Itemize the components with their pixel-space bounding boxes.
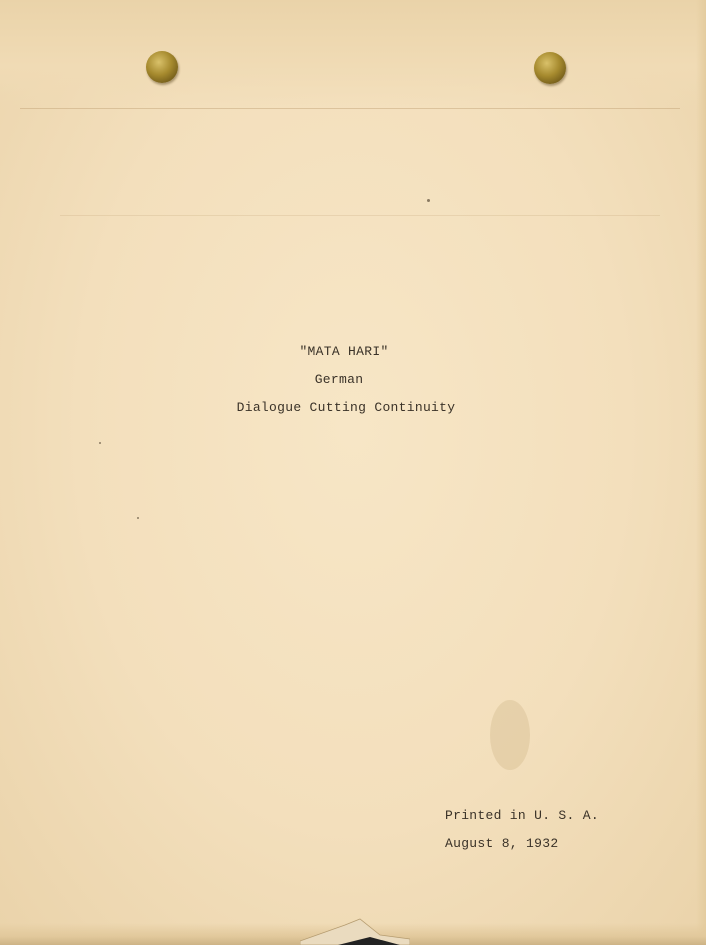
brass-fastener-icon	[146, 51, 178, 83]
document-title: "MATA HARI"	[0, 344, 697, 359]
paper-speck	[99, 442, 101, 444]
paper-crease	[20, 108, 680, 109]
document-date: August 8, 1932	[445, 836, 558, 851]
paper-right-edge	[696, 0, 706, 945]
paper-crease	[60, 215, 660, 216]
torn-corner-icon	[300, 917, 410, 945]
document-subtitle: Dialogue Cutting Continuity	[0, 400, 699, 415]
document-cover-page: "MATA HARI" German Dialogue Cutting Cont…	[0, 0, 706, 945]
paper-stain	[490, 700, 530, 770]
printed-location: Printed in U. S. A.	[445, 808, 599, 823]
paper-speck	[427, 199, 430, 202]
paper-speck	[137, 517, 139, 519]
document-language: German	[0, 372, 692, 387]
paper-top-fold	[0, 0, 706, 110]
brass-fastener-icon	[534, 52, 566, 84]
